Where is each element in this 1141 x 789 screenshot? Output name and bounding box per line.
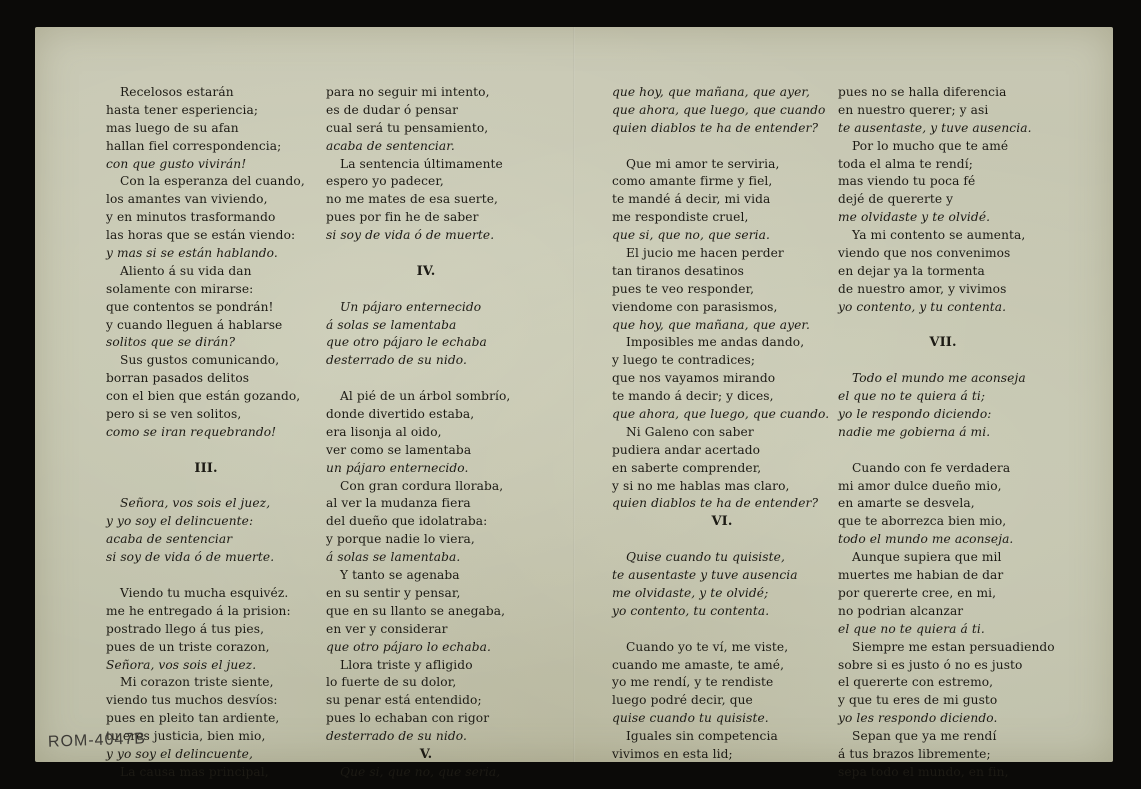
verse-line: solitos que se dirán? — [106, 334, 306, 352]
verse-line: sepa todo el mundo, en fin, — [838, 764, 1048, 782]
verse-line: y que tu eres de mi gusto — [838, 692, 1048, 710]
verse-line: en ver y considerar — [326, 621, 526, 639]
verse-line: Quise cuando tu quisiste, — [612, 549, 832, 567]
verse-line: no podrian alcanzar — [838, 603, 1048, 621]
verse-line: Que mi amor te serviria, — [612, 156, 832, 174]
verse-line: Iguales sin competencia — [612, 728, 832, 746]
verse-line: Imposibles me andas dando, — [612, 334, 832, 352]
verse-line: Sus gustos comunicando, — [106, 352, 306, 370]
verse-line: Todo el mundo me aconseja — [838, 370, 1048, 388]
verse-line: Un pájaro enternecido — [326, 299, 526, 317]
verse-line: en su sentir y pensar, — [326, 585, 526, 603]
verse-line: con el bien que están gozando, — [106, 388, 306, 406]
verse-line: viendo tus muchos desvíos: — [106, 692, 306, 710]
verse-line: pudiera andar acertado — [612, 442, 832, 460]
verse-line: es de dudar ó pensar — [326, 102, 526, 120]
verse-line: para no seguir mi intento, — [326, 84, 526, 102]
verse-line: Ya mi contento se aumenta, — [838, 227, 1048, 245]
verse-line: Mi corazon triste siente, — [106, 674, 306, 692]
verse-line: pues de un triste corazon, — [106, 639, 306, 657]
verse-line: y luego te contradices; — [612, 352, 832, 370]
verse-line: El jucio me hacen perder — [612, 245, 832, 263]
verse-line: te ausentaste, y tuve ausencia. — [838, 120, 1048, 138]
stanza-gap — [106, 442, 306, 460]
verse-line: pues no se halla diferencia — [838, 84, 1048, 102]
verse-line: todo el mundo me aconseja. — [838, 531, 1048, 549]
stanza-gap — [838, 442, 1048, 460]
verse-line: hasta tener esperiencia; — [106, 102, 306, 120]
verse-line: que si, que no, que seria. — [612, 227, 832, 245]
verse-line: el quererte con estremo, — [838, 674, 1048, 692]
verse-line: quise cuando tu quisiste. — [612, 710, 832, 728]
verse-line: yo contento, y tu contenta. — [838, 299, 1048, 317]
verse-line: Aunque supiera que mil — [838, 549, 1048, 567]
verse-line: me respondiste cruel, — [612, 209, 832, 227]
stanza-gap — [838, 352, 1048, 370]
stanza-gap — [838, 317, 1048, 335]
verse-line: luego podré decir, que — [612, 692, 832, 710]
verse-line: y cuando lleguen á hablarse — [106, 317, 306, 335]
verse-line: Cuando con fe verdadera — [838, 460, 1048, 478]
verse-line: que ahora, que luego, que cuando — [612, 102, 832, 120]
verse-line: desterrado de su nido. — [326, 352, 526, 370]
verse-line: quien diablos te ha de entender? — [612, 120, 832, 138]
verse-line: mas viendo tu poca fé — [838, 173, 1048, 191]
verse-line: que en su llanto se anegaba, — [326, 603, 526, 621]
verse-line: Al pié de un árbol sombrío, — [326, 388, 526, 406]
verse-line: sobre si es justo ó no es justo — [838, 657, 1048, 675]
verse-line: viendo que nos convenimos — [838, 245, 1048, 263]
verse-line: Llora triste y afligido — [326, 657, 526, 675]
verse-line: te ausentaste y tuve ausencia — [612, 567, 832, 585]
verse-line: lo fuerte de su dolor, — [326, 674, 526, 692]
verse-line: Aliento á su vida dan — [106, 263, 306, 281]
verse-line: en nuestro querer; y asi — [838, 102, 1048, 120]
stanza-gap — [612, 531, 832, 549]
verse-line: Que si, que no, que seria, — [326, 764, 526, 782]
verse-line: que te aborrezca bien mio, — [838, 513, 1048, 531]
verse-line: Y tanto se agenaba — [326, 567, 526, 585]
verse-line: el que no te quiera á ti. — [838, 621, 1048, 639]
section-heading: V. — [326, 746, 526, 764]
verse-line: pues por fin he de saber — [326, 209, 526, 227]
verse-line: pues te veo responder, — [612, 281, 832, 299]
verse-line: Siempre me estan persuadiendo — [838, 639, 1048, 657]
verse-line: con que gusto vivirán! — [106, 156, 306, 174]
verse-line: Señora, vos sois el juez. — [106, 657, 306, 675]
verse-line: Recelosos estarán — [106, 84, 306, 102]
verse-line: al ver la mudanza fiera — [326, 495, 526, 513]
verse-line: Por lo mucho que te amé — [838, 138, 1048, 156]
verse-line: Ni Galeno con saber — [612, 424, 832, 442]
verse-line: pues lo echaban con rigor — [326, 710, 526, 728]
verse-line: postrado llego á tus pies, — [106, 621, 306, 639]
verse-line: La causa mas principal, — [106, 764, 306, 782]
verse-line: te mando á decir; y dices, — [612, 388, 832, 406]
verse-line: me he entregado á la prision: — [106, 603, 306, 621]
verse-line: del dueño que idolatraba: — [326, 513, 526, 531]
verse-line: pero si se ven solitos, — [106, 406, 306, 424]
verse-line: yo contento, tu contenta. — [612, 603, 832, 621]
verse-line: un pájaro enternecido. — [326, 460, 526, 478]
verse-line: solamente con mirarse: — [106, 281, 306, 299]
stanza-gap — [106, 478, 306, 496]
verse-line: nadie me gobierna á mi. — [838, 424, 1048, 442]
verse-line: mas luego de su afan — [106, 120, 306, 138]
verse-line: que contentos se pondrán! — [106, 299, 306, 317]
verse-line: espero yo padecer, — [326, 173, 526, 191]
verse-line: en dejar ya la tormenta — [838, 263, 1048, 281]
verse-line: no me mates de esa suerte, — [326, 191, 526, 209]
verse-line: y mas si se están hablando. — [106, 245, 306, 263]
verse-line: cual será tu pensamiento, — [326, 120, 526, 138]
verse-line: La sentencia últimamente — [326, 156, 526, 174]
verse-line: yo me rendí, y te rendiste — [612, 674, 832, 692]
verse-line: los amantes van viviendo, — [106, 191, 306, 209]
section-heading: VI. — [612, 513, 832, 531]
verse-line: cuando me amaste, te amé, — [612, 657, 832, 675]
verse-line: borran pasados delitos — [106, 370, 306, 388]
verse-line: á tus brazos libremente; — [838, 746, 1048, 764]
verse-line: Sepan que ya me rendí — [838, 728, 1048, 746]
section-heading: III. — [106, 460, 306, 478]
verse-line: que otro pájaro lo echaba. — [326, 639, 526, 657]
verse-line: yo les respondo diciendo. — [838, 710, 1048, 728]
verse-line: á solas se lamentaba. — [326, 549, 526, 567]
verse-line: me olvidaste, y te olvidé; — [612, 585, 832, 603]
stanza-gap — [326, 245, 526, 263]
verse-line: hallan fiel correspondencia; — [106, 138, 306, 156]
column-1: Recelosos estaránhasta tener esperiencia… — [106, 84, 306, 782]
verse-line: su penar está entendido; — [326, 692, 526, 710]
verse-line: era lisonja al oido, — [326, 424, 526, 442]
stanza-gap — [612, 138, 832, 156]
verse-line: acaba de sentenciar — [106, 531, 306, 549]
stanza-gap — [326, 281, 526, 299]
verse-line: por quererte cree, en mi, — [838, 585, 1048, 603]
verse-line: en amarte se desvela, — [838, 495, 1048, 513]
verse-line: donde divertido estaba, — [326, 406, 526, 424]
stanza-gap — [612, 621, 832, 639]
verse-line: á solas se lamentaba — [326, 317, 526, 335]
verse-line: yo le respondo diciendo: — [838, 406, 1048, 424]
verse-line: toda el alma te rendí; — [838, 156, 1048, 174]
stanza-gap — [326, 370, 526, 388]
verse-line: Viendo tu mucha esquivéz. — [106, 585, 306, 603]
verse-line: Con gran cordura lloraba, — [326, 478, 526, 496]
verse-line: dejé de quererte y — [838, 191, 1048, 209]
verse-line: y en minutos trasformando — [106, 209, 306, 227]
verse-line: las horas que se están viendo: — [106, 227, 306, 245]
verse-line: que hoy, que mañana, que ayer, — [612, 84, 832, 102]
verse-line: y porque nadie lo viera, — [326, 531, 526, 549]
column-4: pues no se halla diferenciaen nuestro qu… — [838, 84, 1048, 782]
verse-line: que otro pájaro le echaba — [326, 334, 526, 352]
column-3: que hoy, que mañana, que ayer,que ahora,… — [612, 84, 832, 764]
verse-line: quien diablos te ha de entender? — [612, 495, 832, 513]
verse-line: y yo soy el delincuente: — [106, 513, 306, 531]
verse-line: Cuando yo te ví, me viste, — [612, 639, 832, 657]
verse-line: como se iran requebrando! — [106, 424, 306, 442]
verse-line: vivimos en esta lid; — [612, 746, 832, 764]
verse-line: y si no me hablas mas claro, — [612, 478, 832, 496]
verse-line: Con la esperanza del cuando, — [106, 173, 306, 191]
section-heading: IV. — [326, 263, 526, 281]
verse-line: que hoy, que mañana, que ayer. — [612, 317, 832, 335]
verse-line: Señora, vos sois el juez, — [106, 495, 306, 513]
verse-line: ver como se lamentaba — [326, 442, 526, 460]
verse-line: si soy de vida ó de muerte. — [326, 227, 526, 245]
stanza-gap — [106, 567, 306, 585]
verse-line: te mandé á decir, mi vida — [612, 191, 832, 209]
verse-line: viendome con parasismos, — [612, 299, 832, 317]
verse-line: desterrado de su nido. — [326, 728, 526, 746]
verse-line: muertes me habian de dar — [838, 567, 1048, 585]
verse-line: tan tiranos desatinos — [612, 263, 832, 281]
verse-line: el que no te quiera á ti; — [838, 388, 1048, 406]
verse-line: me olvidaste y te olvidé. — [838, 209, 1048, 227]
verse-line: pues en pleito tan ardiente, — [106, 710, 306, 728]
verse-line: mi amor dulce dueño mio, — [838, 478, 1048, 496]
column-2: para no seguir mi intento,es de dudar ó … — [326, 84, 526, 782]
verse-line: si soy de vida ó de muerte. — [106, 549, 306, 567]
center-fold — [573, 27, 575, 762]
verse-line: como amante firme y fiel, — [612, 173, 832, 191]
verse-line: de nuestro amor, y vivimos — [838, 281, 1048, 299]
verse-line: que ahora, que luego, que cuando. — [612, 406, 832, 424]
verse-line: en saberte comprender, — [612, 460, 832, 478]
verse-line: que nos vayamos mirando — [612, 370, 832, 388]
shelfmark-label: ROM-4047B — [48, 730, 146, 751]
section-heading: VII. — [838, 334, 1048, 352]
verse-line: acaba de sentenciar. — [326, 138, 526, 156]
